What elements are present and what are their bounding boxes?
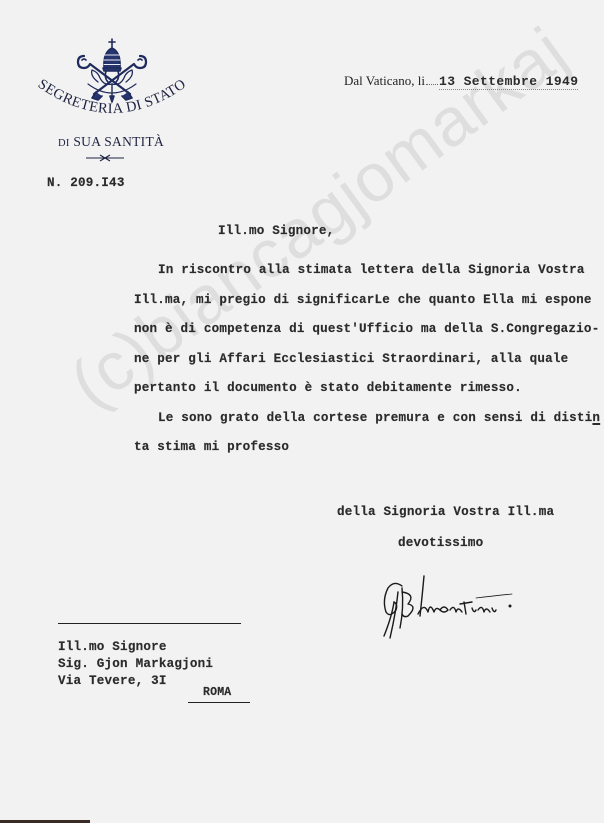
body-line: pertanto il documento è stato debitament… [134, 381, 522, 395]
letterhead: SEGRETERIA DI STATO DI SUA SANTITÀ [32, 38, 192, 168]
address-line: Via Tevere, 3I [58, 674, 167, 688]
city-underline [188, 702, 250, 703]
address-line: Sig. Gjon Markagjoni [58, 657, 213, 671]
body-line: ne per gli Affari Ecclesiastici Straordi… [134, 352, 568, 366]
letter-page: (c)biancagjomarkaj [0, 0, 604, 823]
valediction-line: della Signoria Vostra Ill.ma [337, 505, 554, 519]
body-line: Ill.ma, mi pregio di significarLe che qu… [134, 293, 592, 307]
corrected-letter: n [592, 411, 600, 425]
protocol-number: N. 209.I43 [47, 176, 125, 190]
ornament-divider-icon [84, 154, 126, 162]
salutation: Ill.mo Signore, [218, 224, 334, 238]
letterhead-subtitle: DI SUA SANTITÀ [58, 134, 164, 150]
closing-line: ta stima mi professo [134, 440, 289, 454]
body-line: non è di competenza di quest'Ufficio ma … [134, 322, 599, 336]
valediction-line: devotissimo [398, 536, 483, 550]
date-value: 13 Settembre 1949 [439, 74, 578, 90]
date-place-label: Dal Vaticano, li [344, 73, 425, 88]
letterhead-subtitle-main: SUA SANTITÀ [73, 134, 164, 149]
body-line: In riscontro alla stimata lettera della … [158, 263, 585, 277]
svg-text:SEGRETERIA DI STATO: SEGRETERIA DI STATO [35, 76, 189, 117]
handwritten-signature-icon: G.B. Montini [372, 572, 552, 642]
closing-line: Le sono grato della cortese premura e co… [158, 411, 600, 425]
address-separator-line [58, 623, 241, 624]
address-city: ROMA [203, 686, 231, 699]
dotted-leader [426, 84, 438, 85]
date-line: Dal Vaticano, li13 Settembre 1949 [344, 72, 578, 90]
address-line: Ill.mo Signore [58, 640, 167, 654]
